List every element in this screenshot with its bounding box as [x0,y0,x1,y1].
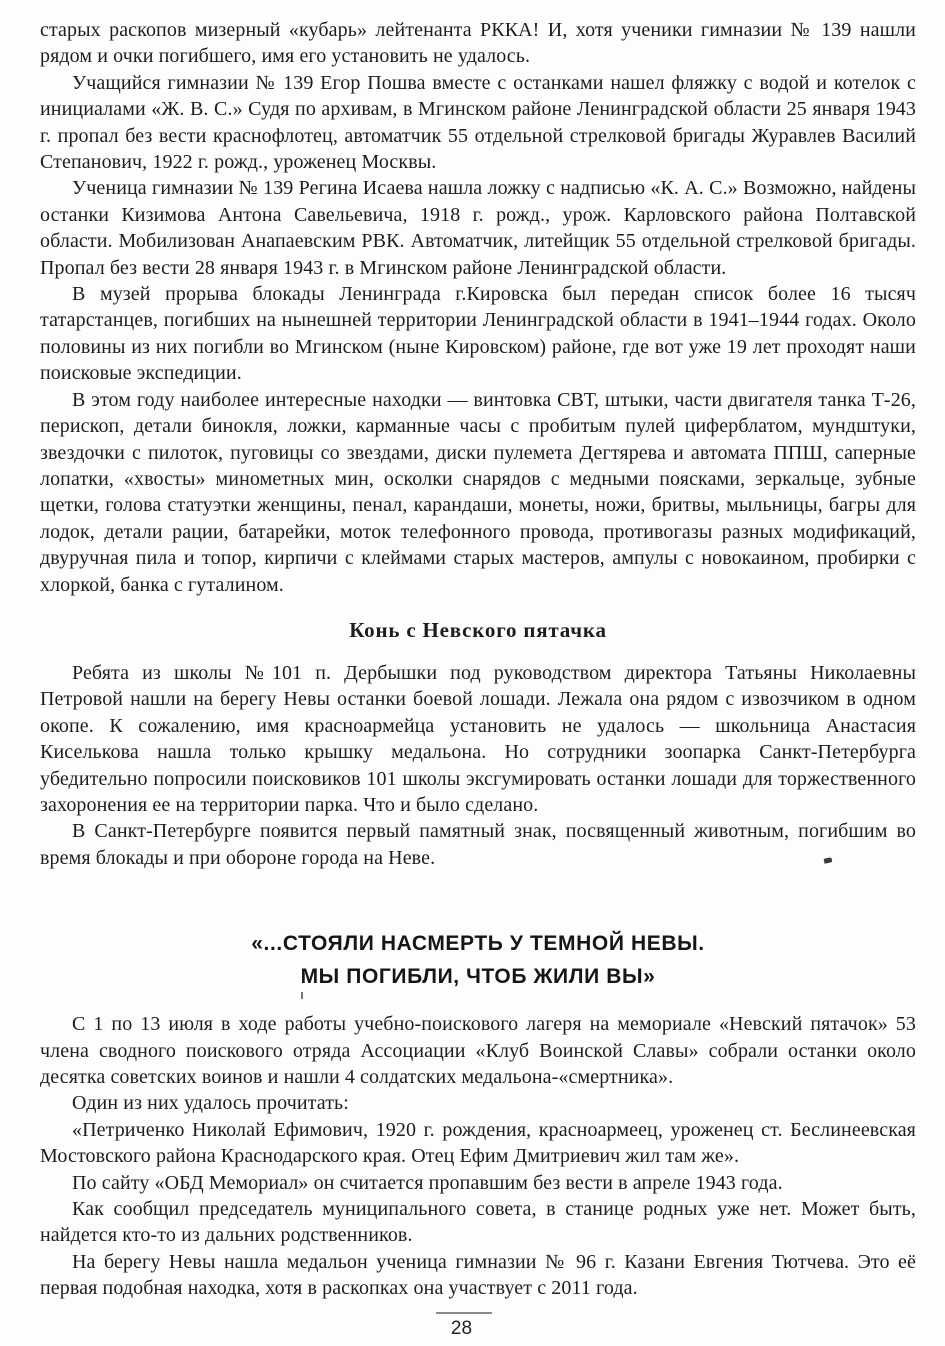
paragraph: В Санкт-Петербурге появится первый памят… [40,818,916,871]
paragraph: На берегу Невы нашла медальон ученица ги… [40,1249,916,1302]
paragraph-continuation: старых раскопов мизерный «кубарь» лейтен… [40,17,916,70]
chapter-heading-line1: «...СТОЯЛИ НАСМЕРТЬ У ТЕМНОЙ НЕВЫ. [40,927,916,960]
chapter-heading-line2: МЫ ПОГИБЛИ, ЧТОБ ЖИЛИ ВЫ» [40,960,916,993]
page-footer: 28 [0,1312,945,1340]
page-number: 28 [0,1318,934,1340]
paragraph: В музей прорыва блокады Ленинграда г.Кир… [40,281,916,387]
paragraph: С 1 по 13 июля в ходе работы учебно-поис… [40,1011,916,1090]
paragraph: Как сообщил председатель муниципального … [40,1196,916,1249]
paragraph: Учащийся гимназии № 139 Егор Пошва вмест… [40,70,916,176]
paragraph: «Петриченко Николай Ефимович, 1920 г. ро… [40,1117,916,1170]
chapter-heading: «...СТОЯЛИ НАСМЕРТЬ У ТЕМНОЙ НЕВЫ. МЫ ПО… [40,927,916,993]
paragraph: По сайту «ОБД Мемориал» он считается про… [40,1170,916,1196]
section-heading: Конь с Невского пятачка [40,617,916,643]
scan-speck-icon [301,992,303,999]
paragraph: В этом году наиболее интересные находки … [40,387,916,598]
paragraph: Ребята из школы №101 п. Дербышки под рук… [40,660,916,818]
scanned-document-page: старых раскопов мизерный «кубарь» лейтен… [0,0,945,1346]
footer-divider [436,1312,492,1314]
paragraph: Один из них удалось прочитать: [40,1090,916,1116]
paragraph: Ученица гимназии № 139 Регина Исаева наш… [40,175,916,281]
